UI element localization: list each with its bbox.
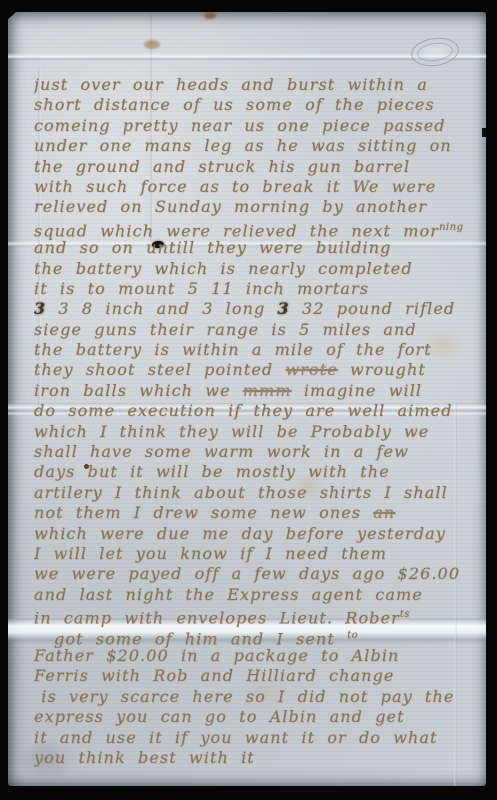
embossed-seal-inner-ring — [416, 41, 454, 64]
letter-text: iron balls which we — [34, 381, 243, 400]
letter-text: relieved on Sunday morning by another — [34, 197, 427, 216]
letter-line: we were payed off a few days ago $26.00 — [34, 564, 486, 584]
letter-text: do some execution if they are well aimed — [34, 401, 453, 420]
scan-margin-right — [486, 0, 497, 800]
letter-line: under one mans leg as he was sitting on — [34, 136, 486, 156]
letter-text: we were payed off a few days ago $26.00 — [34, 564, 460, 583]
letter-text: 3 8 inch and 3 long — [46, 299, 277, 318]
stain — [204, 12, 216, 19]
letter-line: 3 3 8 inch and 3 long 3 32 pound rifled — [34, 299, 486, 319]
letter-line: got some of him and I sent to — [54, 626, 486, 646]
letter-line: siege guns their range is 5 miles and — [34, 320, 486, 340]
letter-line: squad which were relieved the next morni… — [34, 218, 486, 238]
letter-lines: just over our heads and burst within ash… — [34, 75, 486, 768]
letter-text: Ferris with Rob and Hilliard change — [34, 666, 394, 685]
letter-line: Father $20.00 in a package to Albin — [34, 646, 486, 666]
letter-text: 3 — [278, 299, 290, 318]
letter-text: comeing pretty near us one piece passed — [34, 116, 446, 135]
stain — [144, 40, 160, 49]
letter-line: I will let you know if I need them — [34, 544, 486, 564]
letter-text: I will let you know if I need them — [34, 544, 387, 563]
letter-text: artilery I think about those shirts I sh… — [34, 483, 448, 502]
letter-line: comeing pretty near us one piece passed — [34, 116, 486, 136]
letter-text: — is very scarce here so I did not pay t… — [34, 687, 454, 706]
letter-text: under one mans leg as he was sitting on — [34, 136, 452, 155]
letter-text: you think best with it — [34, 748, 255, 767]
letter-line: relieved on Sunday morning by another — [34, 197, 486, 217]
letter-line: they shoot steel pointed wrote wrought — [34, 360, 486, 380]
letter-text: 3 — [34, 299, 46, 318]
letter-text: which I think they will be Probably we — [34, 422, 429, 441]
letter-line: short distance of us some of the pieces — [34, 95, 486, 115]
letter-line: artilery I think about those shirts I sh… — [34, 483, 486, 503]
letter-line: it and use it if you want it or do what — [34, 728, 486, 748]
letter-line: not them I drew some new ones an — [34, 503, 486, 523]
letter-line: in camp with envelopes Lieut. Roberts — [34, 605, 486, 625]
scan-margin-bottom — [0, 786, 497, 800]
letter-line: the battery is within a mile of the fort — [34, 340, 486, 360]
letter-line: with such force as to break it We were — [34, 177, 486, 197]
letter-text: not them I drew some new ones — [34, 503, 373, 522]
letter-text: wrought — [338, 360, 426, 379]
letter-text: Father $20.00 in a package to Albin — [34, 646, 399, 665]
letter-text: days but it will be mostly with the — [34, 462, 390, 481]
letter-text: and so on untill they were building — [34, 238, 391, 257]
struck-word: mmm — [243, 381, 292, 400]
letter-text: with such force as to break it We were — [34, 177, 436, 196]
letter-text: the battery which is nearly completed — [34, 259, 413, 278]
letter-text: siege guns their range is 5 miles and — [34, 320, 417, 339]
paper-sheet: just over our heads and burst within ash… — [8, 12, 486, 786]
letter-text: express you can go to Albin and get — [34, 707, 405, 726]
letter-line: — is very scarce here so I did not pay t… — [34, 687, 486, 707]
scan-margin-left — [0, 0, 8, 800]
letter-text: it and use it if you want it or do what — [34, 728, 438, 747]
letter-line: and last night the Express agent came — [34, 585, 486, 605]
letter-text: imagine will — [292, 381, 422, 400]
scan-margin-top — [0, 0, 497, 12]
letter-text: 32 pound rifled — [290, 299, 455, 318]
letter-line: do some execution if they are well aimed — [34, 401, 486, 421]
letter-line: days but it will be mostly with the — [34, 462, 486, 482]
letter-line: it is to mount 5 11 inch mortars — [34, 279, 486, 299]
letter-line: just over our heads and burst within a — [34, 75, 486, 95]
superscript-word: to — [347, 630, 358, 641]
struck-word: wrote — [285, 360, 337, 379]
struck-word: an — [373, 503, 395, 522]
letter-text: the battery is within a mile of the fort — [34, 340, 432, 359]
letter-text: which were due me day before yesterday — [34, 524, 446, 543]
letter-line: and so on untill they were building — [34, 238, 486, 258]
letter-line: the battery which is nearly completed — [34, 259, 486, 279]
letter-text: just over our heads and burst within a — [34, 75, 428, 94]
letter-text: and last night the Express agent came — [34, 585, 423, 604]
letter-text: in camp with envelopes Lieut. Rober — [34, 608, 400, 627]
letter-line: which I think they will be Probably we — [34, 422, 486, 442]
letter-text: short distance of us some of the pieces — [34, 95, 435, 114]
letter-text: it is to mount 5 11 inch mortars — [34, 279, 369, 298]
superscript-word: ts — [400, 609, 410, 620]
letter-line: express you can go to Albin and get — [34, 707, 486, 727]
superscript-word: ning — [439, 222, 463, 233]
embossed-seal — [409, 35, 460, 69]
letter-line: Ferris with Rob and Hilliard change — [34, 666, 486, 686]
letter-line: you think best with it — [34, 748, 486, 768]
letter-text: shall have some warm work in a few — [34, 442, 409, 461]
letter-line: shall have some warm work in a few — [34, 442, 486, 462]
letter-text: the ground and struck his gun barrel — [34, 157, 410, 176]
letter-line: iron balls which we mmm imagine will — [34, 381, 486, 401]
letter-line: the ground and struck his gun barrel — [34, 157, 486, 177]
letter-line: which were due me day before yesterday — [34, 524, 486, 544]
letter-scan: just over our heads and burst within ash… — [0, 0, 497, 800]
letter-text: they shoot steel pointed — [34, 360, 285, 379]
scan-corner-clip — [0, 0, 30, 26]
